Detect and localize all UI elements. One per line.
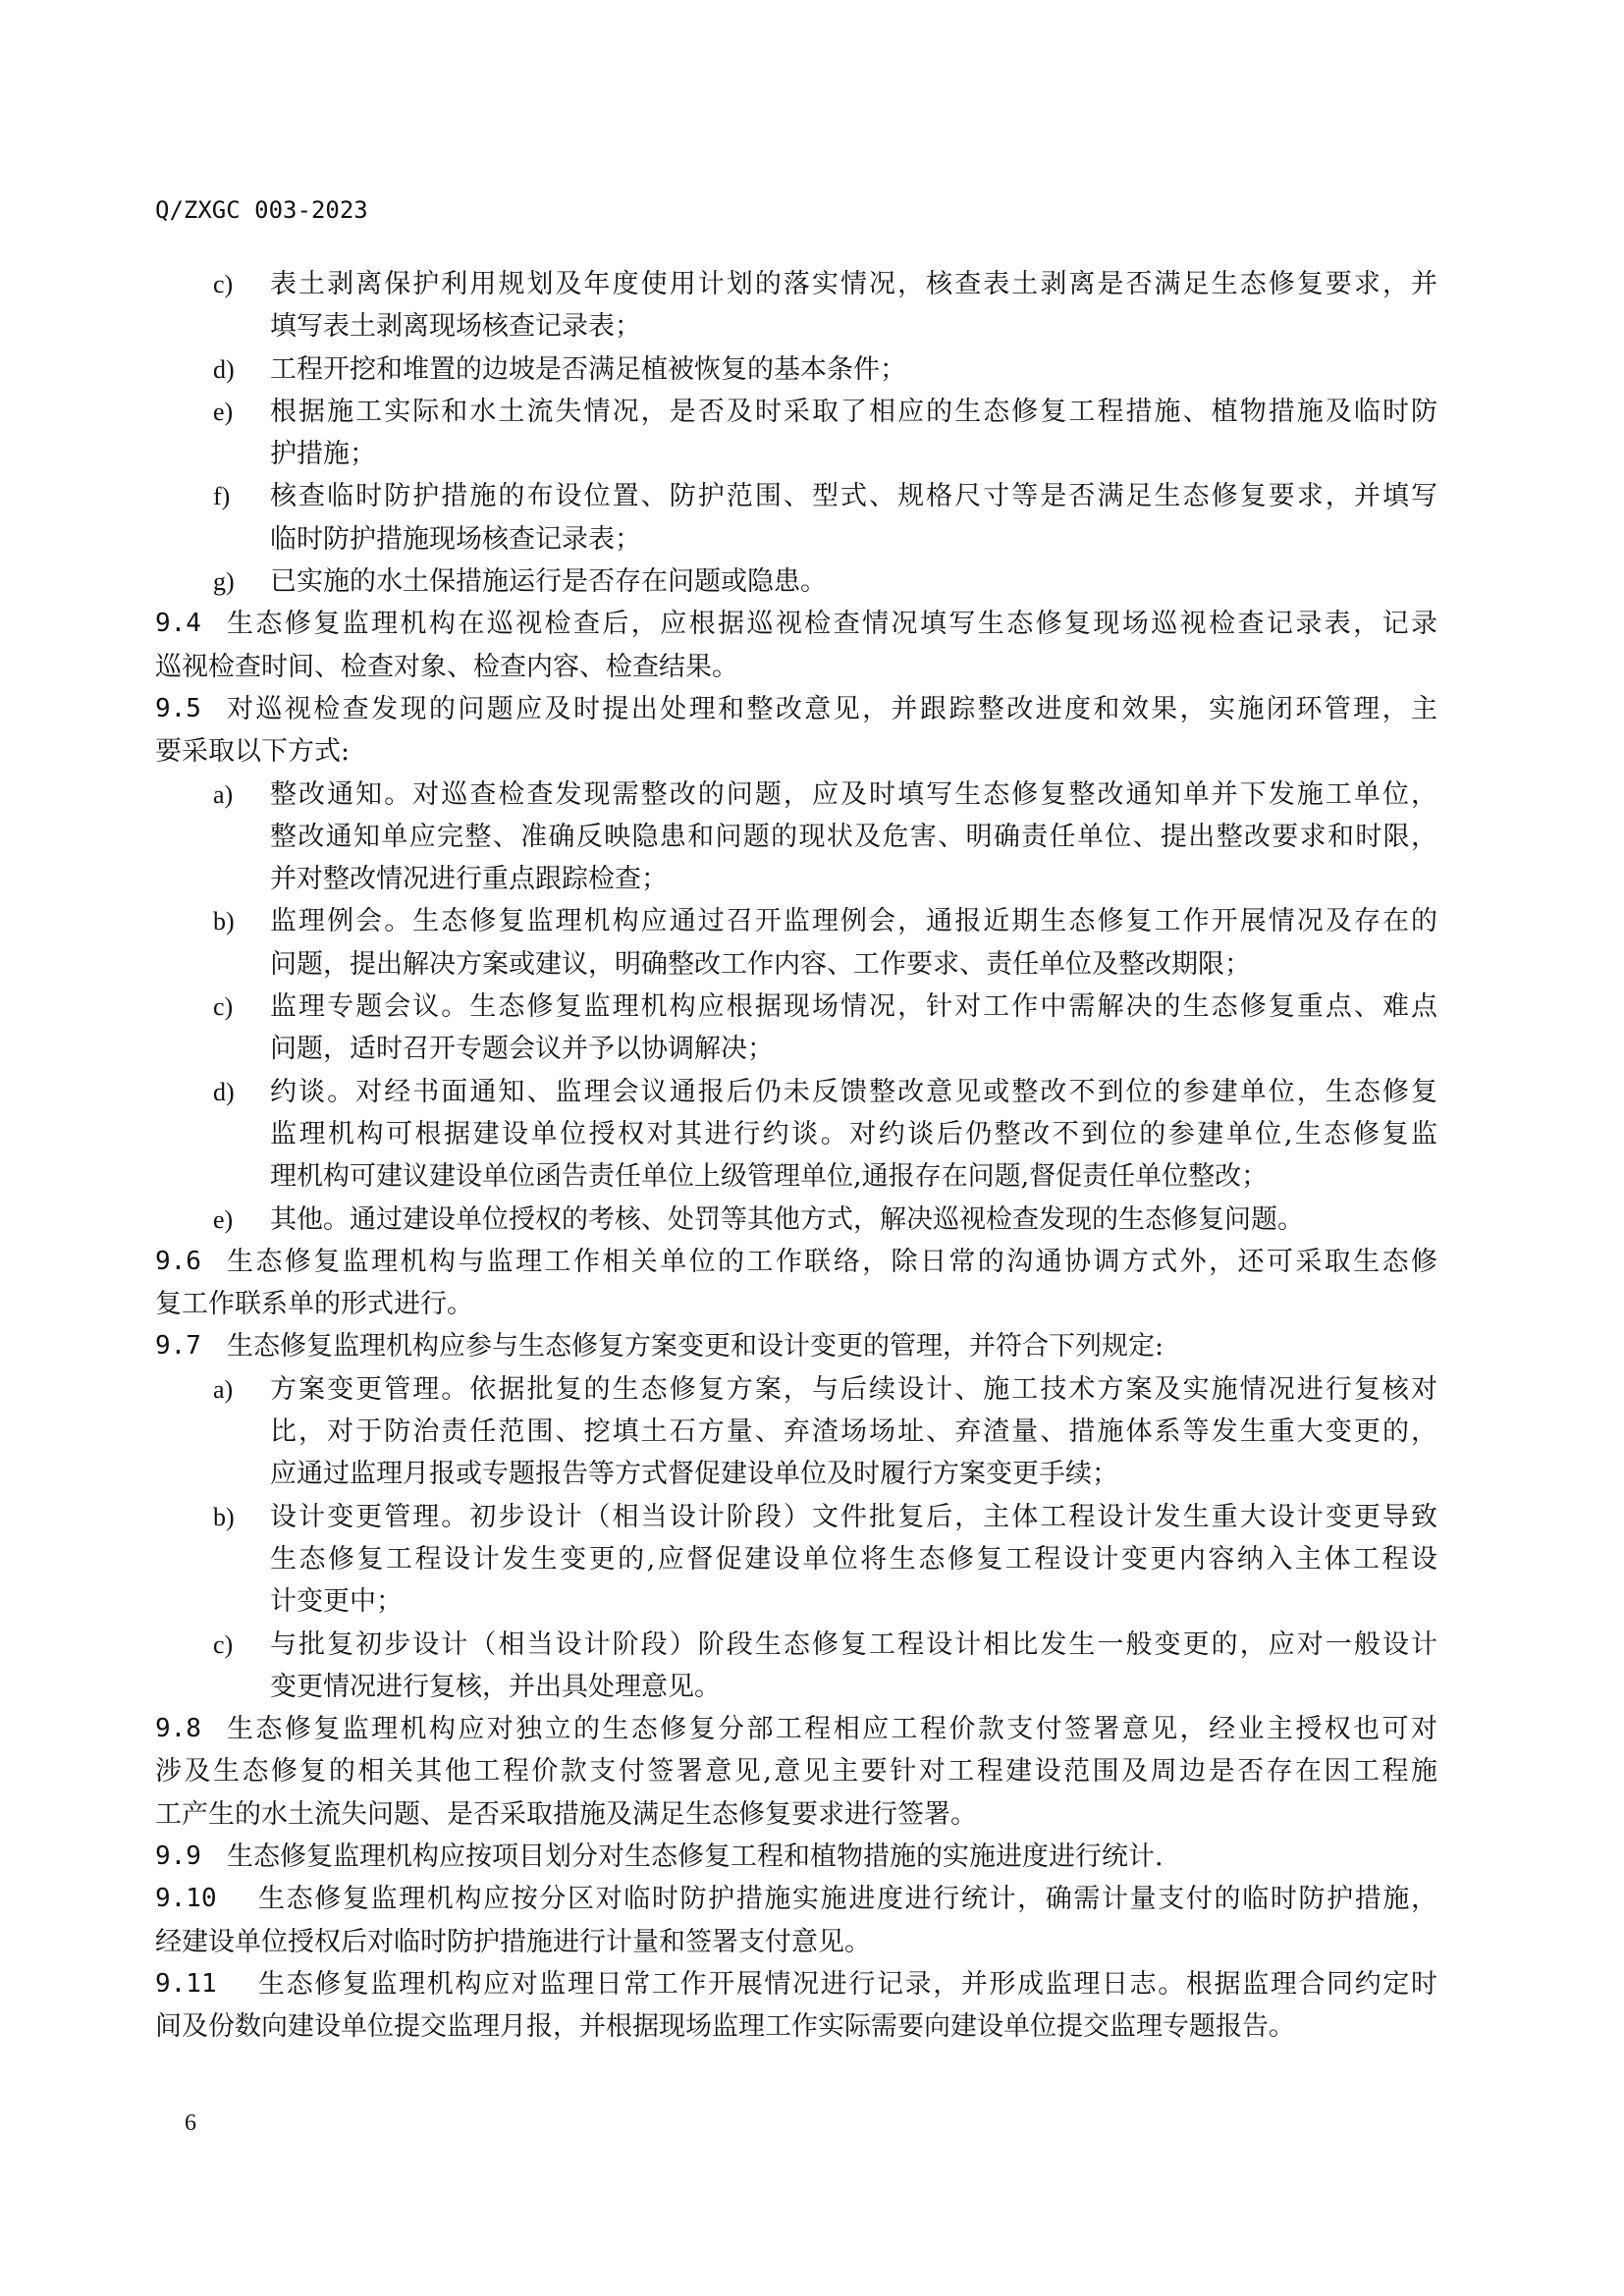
text-line: 整改通知单应完整、准确反映隐患和问题的现状及危害、明确责任单位、提出整改要求和时… (155, 816, 1437, 858)
text-line: 比，对于防治责任范围、挖填土石方量、弃渣场场址、弃渣量、措施体系等发生重大变更的… (155, 1411, 1437, 1453)
list-item-marker: d) (213, 1071, 235, 1113)
section-number: 9.5 (155, 688, 201, 730)
section-number: 9.4 (155, 603, 201, 645)
text-line: 要采取以下方式: (155, 730, 1437, 773)
paragraph-text: 生态修复监理机构应对独立的生态修复分部工程相应工程价款支付签署意见，经业主授权也… (227, 1708, 1437, 1750)
text-line: 9.8生态修复监理机构应对独立的生态修复分部工程相应工程价款支付签署意见，经业主… (155, 1708, 1437, 1750)
paragraph-text: 计变更中； (270, 1580, 1437, 1623)
paragraph-text: 复工作联系单的形式进行。 (155, 1283, 1437, 1325)
text-line: e)其他。通过建设单位授权的考核、处罚等其他方式，解决巡视检查发现的生态修复问题… (155, 1199, 1437, 1241)
text-line: 9.9生态修复监理机构应按项目划分对生态修复工程和植物措施的实施进度进行统计. (155, 1836, 1437, 1878)
paragraph-text: 整改通知。对巡查检查发现需整改的问题，应及时填写生态修复整改通知单并下发施工单位… (270, 774, 1437, 816)
list-item-marker: f) (213, 475, 230, 517)
paragraph-text: 监理例会。生态修复监理机构应通过召开监理例会，通报近期生态修复工作开展情况及存在… (270, 900, 1437, 942)
text-line: 并对整改情况进行重点跟踪检查； (155, 858, 1437, 900)
page-number: 6 (185, 2110, 196, 2137)
paragraph-text: 约谈。对经书面通知、监理会议通报后仍未反馈整改意见或整改不到位的参建单位，生态修… (270, 1071, 1437, 1113)
list-item-marker: a) (213, 1368, 233, 1411)
paragraph-text: 问题，提出解决方案或建议，明确整改工作内容、工作要求、责任单位及整改期限； (270, 943, 1437, 986)
text-line: 工产生的水土流失问题、是否采取措施及满足生态修复要求进行签署。 (155, 1793, 1437, 1836)
paragraph-text: 临时防护措施现场核查记录表； (270, 518, 1437, 561)
paragraph-text: 监理机构可根据建设单位授权对其进行约谈。对约谈后仍整改不到位的参建单位,生态修复… (270, 1113, 1437, 1155)
paragraph-text: 对巡视检查发现的问题应及时提出处理和整改意见，并跟踪整改进度和效果，实施闭环管理… (227, 688, 1437, 730)
paragraph-text: 其他。通过建设单位授权的考核、处罚等其他方式，解决巡视检查发现的生态修复问题。 (270, 1199, 1437, 1241)
text-line: 9.11生态修复监理机构应对监理日常工作开展情况进行记录，并形成监理日志。根据监… (155, 1963, 1437, 2005)
text-line: 9.6生态修复监理机构与监理工作相关单位的工作联络，除日常的沟通协调方式外，还可… (155, 1241, 1437, 1283)
paragraph-text: 间及份数向建设单位提交监理月报，并根据现场监理工作实际需要向建设单位提交监理专题… (155, 2005, 1437, 2048)
list-item-marker: d) (213, 348, 235, 391)
paragraph-text: 整改通知单应完整、准确反映隐患和问题的现状及危害、明确责任单位、提出整改要求和时… (270, 816, 1437, 858)
text-line: f)核查临时防护措施的布设位置、防护范围、型式、规格尺寸等是否满足生态修复要求，… (155, 475, 1437, 517)
paragraph-text: 填写表土剥离现场核查记录表； (270, 305, 1437, 347)
paragraph-text: 工产生的水土流失问题、是否采取措施及满足生态修复要求进行签署。 (155, 1793, 1437, 1836)
text-line: 变更情况进行复核，并出具处理意见。 (155, 1666, 1437, 1708)
text-line: 复工作联系单的形式进行。 (155, 1283, 1437, 1325)
text-line: d)工程开挖和堆置的边坡是否满足植被恢复的基本条件； (155, 348, 1437, 391)
list-item-marker: e) (213, 391, 233, 433)
list-item-marker: c) (213, 986, 233, 1028)
text-line: 监理机构可根据建设单位授权对其进行约谈。对约谈后仍整改不到位的参建单位,生态修复… (155, 1113, 1437, 1155)
paragraph-text: 生态修复工程设计发生变更的,应督促建设单位将生态修复工程设计变更内容纳入主体工程… (270, 1538, 1437, 1580)
paragraph-text: 涉及生态修复的相关其他工程价款支付签署意见,意见主要针对工程建设范围及周边是否存… (155, 1750, 1437, 1792)
text-line: d)约谈。对经书面通知、监理会议通报后仍未反馈整改意见或整改不到位的参建单位，生… (155, 1071, 1437, 1113)
section-number: 9.8 (155, 1708, 201, 1750)
text-line: 间及份数向建设单位提交监理月报，并根据现场监理工作实际需要向建设单位提交监理专题… (155, 2005, 1437, 2048)
list-item-marker: g) (213, 561, 235, 603)
text-line: 理机构可建议建设单位函告责任单位上级管理单位,通报存在问题,督促责任单位整改； (155, 1155, 1437, 1198)
text-line: 9.4生态修复监理机构在巡视检查后，应根据巡视检查情况填写生态修复现场巡视检查记… (155, 603, 1437, 645)
list-item-marker: e) (213, 1199, 233, 1241)
text-line: 应通过监理月报或专题报告等方式督促建设单位及时履行方案变更手续； (155, 1453, 1437, 1495)
paragraph-text: 生态修复监理机构应按分区对临时防护措施实施进度进行统计，确需计量支付的临时防护措… (258, 1878, 1437, 1920)
list-item-marker: c) (213, 1624, 233, 1666)
section-number: 9.9 (155, 1836, 201, 1878)
text-line: c)监理专题会议。生态修复监理机构应根据现场情况，针对工作中需解决的生态修复重点… (155, 986, 1437, 1028)
paragraph-text: 表土剥离保护利用规划及年度使用计划的落实情况，核查表土剥离是否满足生态修复要求，… (270, 263, 1437, 305)
page-header: Q/ZXGC 003-2023 (155, 196, 368, 224)
section-number: 9.11 (155, 1963, 217, 2005)
section-number: 9.7 (155, 1325, 201, 1367)
paragraph-text: 护措施； (270, 433, 1437, 475)
list-item-marker: c) (213, 263, 233, 305)
paragraph-text: 应通过监理月报或专题报告等方式督促建设单位及时履行方案变更手续； (270, 1453, 1437, 1495)
text-line: 涉及生态修复的相关其他工程价款支付签署意见,意见主要针对工程建设范围及周边是否存… (155, 1750, 1437, 1792)
document-body: c)表土剥离保护利用规划及年度使用计划的落实情况，核查表土剥离是否满足生态修复要… (155, 263, 1437, 2048)
text-line: 9.10生态修复监理机构应按分区对临时防护措施实施进度进行统计，确需计量支付的临… (155, 1878, 1437, 1920)
text-line: c)与批复初步设计（相当设计阶段）阶段生态修复工程设计相比发生一般变更的，应对一… (155, 1624, 1437, 1666)
paragraph-text: 经建设单位授权后对临时防护措施进行计量和签署支付意见。 (155, 1921, 1437, 1963)
text-line: e)根据施工实际和水土流失情况，是否及时采取了相应的生态修复工程措施、植物措施及… (155, 391, 1437, 433)
list-item-marker: b) (213, 900, 235, 942)
text-line: c)表土剥离保护利用规划及年度使用计划的落实情况，核查表土剥离是否满足生态修复要… (155, 263, 1437, 305)
text-line: 9.5对巡视检查发现的问题应及时提出处理和整改意见，并跟踪整改进度和效果，实施闭… (155, 688, 1437, 730)
paragraph-text: 生态修复监理机构应按项目划分对生态修复工程和植物措施的实施进度进行统计. (227, 1836, 1437, 1878)
paragraph-text: 设计变更管理。初步设计（相当设计阶段）文件批复后，主体工程设计发生重大设计变更导… (270, 1496, 1437, 1538)
text-line: 临时防护措施现场核查记录表； (155, 518, 1437, 561)
paragraph-text: 问题，适时召开专题会议并予以协调解决； (270, 1028, 1437, 1070)
text-line: 计变更中； (155, 1580, 1437, 1623)
list-item-marker: a) (213, 774, 233, 816)
paragraph-text: 工程开挖和堆置的边坡是否满足植被恢复的基本条件； (270, 348, 1437, 391)
paragraph-text: 已实施的水土保措施运行是否存在问题或隐患。 (270, 561, 1437, 603)
paragraph-text: 生态修复监理机构应对监理日常工作开展情况进行记录，并形成监理日志。根据监理合同约… (258, 1963, 1437, 2005)
text-line: 问题，提出解决方案或建议，明确整改工作内容、工作要求、责任单位及整改期限； (155, 943, 1437, 986)
text-line: 生态修复工程设计发生变更的,应督促建设单位将生态修复工程设计变更内容纳入主体工程… (155, 1538, 1437, 1580)
paragraph-text: 生态修复监理机构应参与生态修复方案变更和设计变更的管理，并符合下列规定: (227, 1325, 1437, 1367)
paragraph-text: 生态修复监理机构在巡视检查后，应根据巡视检查情况填写生态修复现场巡视检查记录表，… (227, 603, 1437, 645)
paragraph-text: 根据施工实际和水土流失情况，是否及时采取了相应的生态修复工程措施、植物措施及临时… (270, 391, 1437, 433)
paragraph-text: 方案变更管理。依据批复的生态修复方案，与后续设计、施工技术方案及实施情况进行复核… (270, 1368, 1437, 1411)
text-line: a)整改通知。对巡查检查发现需整改的问题，应及时填写生态修复整改通知单并下发施工… (155, 774, 1437, 816)
text-line: 护措施； (155, 433, 1437, 475)
text-line: 9.7生态修复监理机构应参与生态修复方案变更和设计变更的管理，并符合下列规定: (155, 1325, 1437, 1367)
paragraph-text: 与批复初步设计（相当设计阶段）阶段生态修复工程设计相比发生一般变更的，应对一般设… (270, 1624, 1437, 1666)
paragraph-text: 监理专题会议。生态修复监理机构应根据现场情况，针对工作中需解决的生态修复重点、难… (270, 986, 1437, 1028)
text-line: 经建设单位授权后对临时防护措施进行计量和签署支付意见。 (155, 1921, 1437, 1963)
text-line: b)监理例会。生态修复监理机构应通过召开监理例会，通报近期生态修复工作开展情况及… (155, 900, 1437, 942)
text-line: 问题，适时召开专题会议并予以协调解决； (155, 1028, 1437, 1070)
paragraph-text: 生态修复监理机构与监理工作相关单位的工作联络，除日常的沟通协调方式外，还可采取生… (227, 1241, 1437, 1283)
text-line: g)已实施的水土保措施运行是否存在问题或隐患。 (155, 561, 1437, 603)
text-line: 巡视检查时间、检查对象、检查内容、检查结果。 (155, 646, 1437, 688)
paragraph-text: 变更情况进行复核，并出具处理意见。 (270, 1666, 1437, 1708)
list-item-marker: b) (213, 1496, 235, 1538)
text-line: a)方案变更管理。依据批复的生态修复方案，与后续设计、施工技术方案及实施情况进行… (155, 1368, 1437, 1411)
text-line: 填写表土剥离现场核查记录表； (155, 305, 1437, 347)
section-number: 9.6 (155, 1241, 201, 1283)
paragraph-text: 核查临时防护措施的布设位置、防护范围、型式、规格尺寸等是否满足生态修复要求，并填… (270, 475, 1437, 517)
paragraph-text: 并对整改情况进行重点跟踪检查； (270, 858, 1437, 900)
paragraph-text: 理机构可建议建设单位函告责任单位上级管理单位,通报存在问题,督促责任单位整改； (270, 1155, 1437, 1198)
section-number: 9.10 (155, 1878, 217, 1920)
paragraph-text: 要采取以下方式: (155, 730, 1437, 773)
text-line: b)设计变更管理。初步设计（相当设计阶段）文件批复后，主体工程设计发生重大设计变… (155, 1496, 1437, 1538)
paragraph-text: 比，对于防治责任范围、挖填土石方量、弃渣场场址、弃渣量、措施体系等发生重大变更的… (270, 1411, 1437, 1453)
paragraph-text: 巡视检查时间、检查对象、检查内容、检查结果。 (155, 646, 1437, 688)
